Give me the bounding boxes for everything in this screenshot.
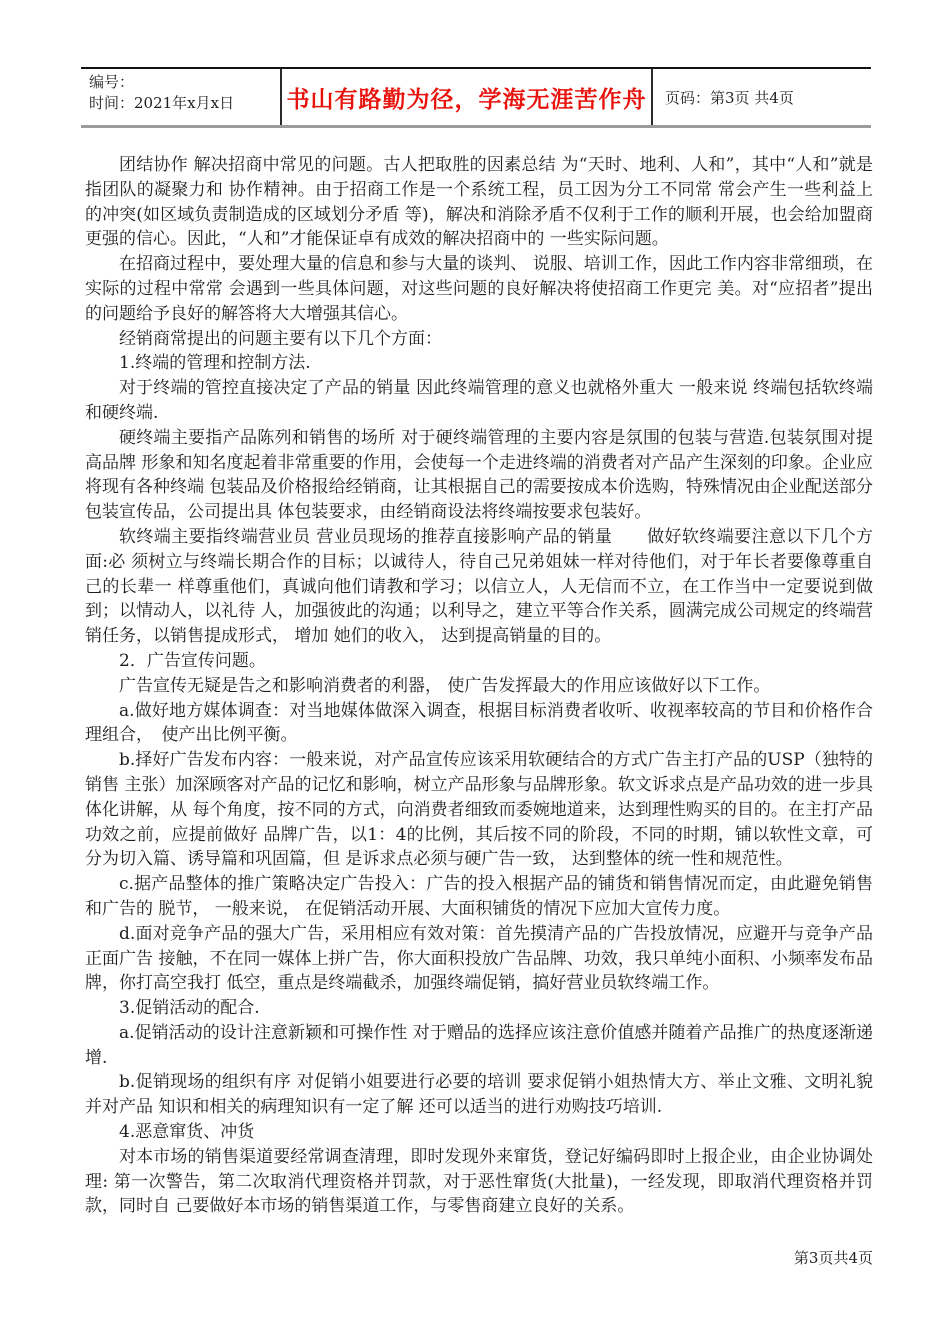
footer-page-number: 第3页共4页 <box>794 1249 873 1267</box>
header-cell-page: 页码：第3页 共4页 <box>653 69 871 125</box>
paragraph: 1.终端的管理和控制方法. <box>85 351 873 376</box>
paragraph: 软终端主要指终端营业员 营业员现场的推荐直接影响产品的销量 做好软终端要注意以下… <box>85 525 873 649</box>
paragraph: b.促销现场的组织有序 对促销小姐要进行必要的培训 要求促销小姐热情大方、举止文… <box>85 1070 873 1120</box>
header-cell-motto: 书山有路勤为径，学海无涯苦作舟 <box>280 69 653 125</box>
number-label: 编号： <box>89 72 280 93</box>
header-table: 编号： 时间：2021年x月x日 书山有路勤为径，学海无涯苦作舟 页码：第3页 … <box>81 67 871 128</box>
paragraph: 对本市场的销售渠道要经常调查清理，即时发现外来窜货，登记好编码即时上报企业，由企… <box>85 1145 873 1219</box>
motto-text: 书山有路勤为径，学海无涯苦作舟 <box>287 81 647 114</box>
paragraph: 3.促销活动的配合. <box>85 996 873 1021</box>
document-page: 编号： 时间：2021年x月x日 书山有路勤为径，学海无涯苦作舟 页码：第3页 … <box>0 0 950 1344</box>
paragraph: 广告宣传无疑是告之和影响消费者的利器， 使广告发挥最大的作用应该做好以下工作。 <box>85 674 873 699</box>
time-label: 时间：2021年x月x日 <box>89 93 280 114</box>
document-body: 团结协作 解决招商中常见的问题。古人把取胜的因素总结 为“天时、地利、人和”，其… <box>85 153 873 1219</box>
paragraph: 在招商过程中，要处理大量的信息和参与大量的谈判、 说服、培训工作，因此工作内容非… <box>85 252 873 326</box>
paragraph: a.促销活动的设计注意新颖和可操作性 对于赠品的选择应该注意价值感并随着产品推广… <box>85 1021 873 1071</box>
paragraph: 4.恶意窜货、冲货 <box>85 1120 873 1145</box>
paragraph: b.择好广告发布内容：一般来说，对产品宣传应该采用软硬结合的方式广告主打产品的U… <box>85 748 873 872</box>
paragraph: 经销商常提出的问题主要有以下几个方面： <box>85 327 873 352</box>
paragraph: a.做好地方媒体调查：对当地媒体做深入调查，根据目标消费者收听、收视率较高的节目… <box>85 699 873 749</box>
page-footer: 第3页共4页 <box>85 1247 873 1268</box>
paragraph: 对于终端的管控直接决定了产品的销量 因此终端管理的意义也就格外重大 一般来说 终… <box>85 376 873 426</box>
paragraph: 2．广告宣传问题。 <box>85 649 873 674</box>
page-label: 页码：第3页 共4页 <box>665 87 794 108</box>
paragraph: 硬终端主要指产品陈列和销售的场所 对于硬终端管理的主要内容是氛围的包装与营造.包… <box>85 426 873 525</box>
paragraph: 团结协作 解决招商中常见的问题。古人把取胜的因素总结 为“天时、地利、人和”，其… <box>85 153 873 252</box>
header-cell-meta: 编号： 时间：2021年x月x日 <box>81 69 280 125</box>
paragraph: d.面对竞争产品的强大广告，采用相应有效对策：首先摸清产品的广告投放情况，应避开… <box>85 922 873 996</box>
paragraph: c.据产品整体的推广策略决定广告投入：广告的投入根据产品的铺货和销售情况而定，由… <box>85 872 873 922</box>
